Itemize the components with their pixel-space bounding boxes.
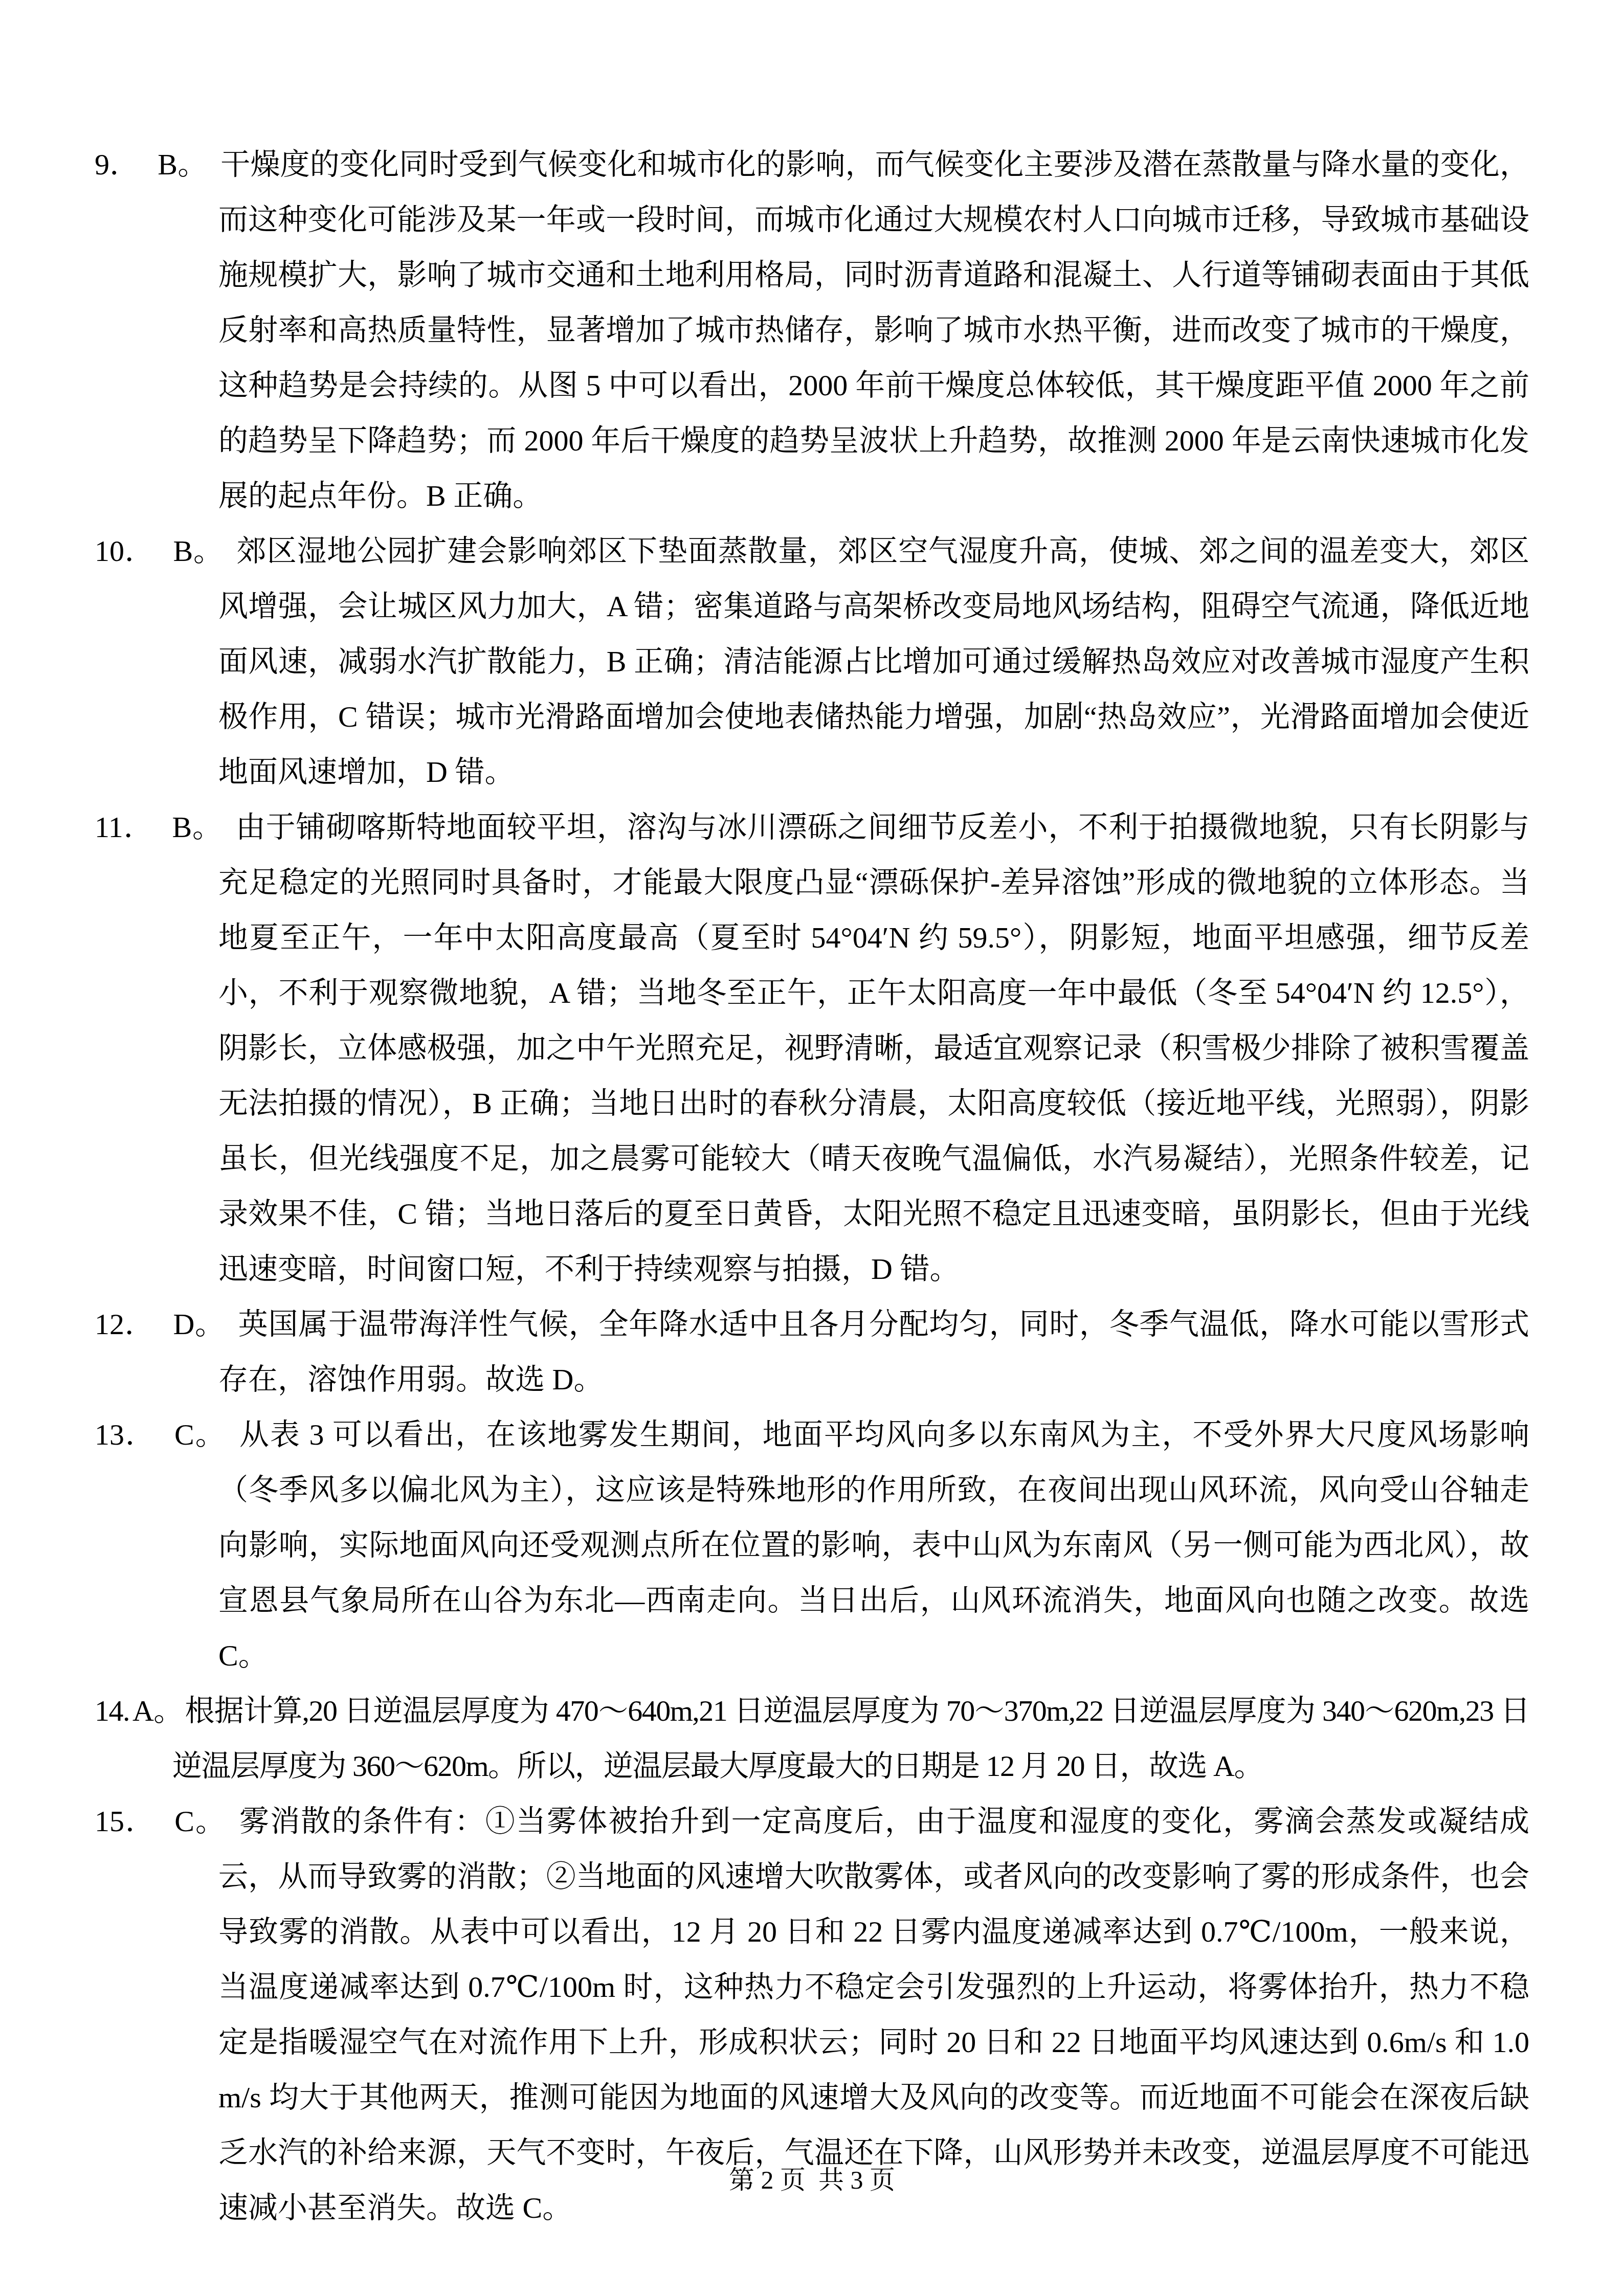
item-explanation: 雾消散的条件有：①当雾体被抬升到一定高度后，由于温度和湿度的变化，雾滴会蒸发或凝…: [218, 1805, 1529, 2224]
item-answer-letter: B。: [172, 811, 223, 844]
item-number: 9．: [95, 148, 139, 181]
answer-item-14: 14.A。根据计算,20 日逆温层厚度为 470～640m,21 日逆温层厚度为…: [95, 1683, 1529, 1794]
answer-item-10: 10．B。郊区湿地公园扩建会影响郊区下垫面蒸散量，郊区空气湿度升高，使城、郊之间…: [95, 524, 1529, 800]
answer-item-9: 9．B。干燥度的变化同时受到气候变化和城市化的影响，而气候变化主要涉及潜在蒸散量…: [95, 137, 1529, 524]
item-explanation: 郊区湿地公园扩建会影响郊区下垫面蒸散量，郊区空气湿度升高，使城、郊之间的温差变大…: [218, 534, 1529, 789]
answer-list: 9．B。干燥度的变化同时受到气候变化和城市化的影响，而气候变化主要涉及潜在蒸散量…: [95, 137, 1529, 2236]
answer-item-13: 13．C。从表 3 可以看出，在该地雾发生期间，地面平均风向多以东南风为主，不受…: [95, 1407, 1529, 1683]
item-explanation: 英国属于温带海洋性气候，全年降水适中且各月分配均匀，同时，冬季气温低，降水可能以…: [218, 1308, 1529, 1396]
item-number: 10．: [95, 534, 155, 568]
item-answer-letter: C。: [174, 1418, 226, 1451]
item-number: 14.: [95, 1694, 129, 1727]
item-number: 15．: [95, 1805, 156, 1838]
item-answer-letter: B。: [173, 534, 224, 568]
item-number: 12．: [95, 1308, 154, 1341]
item-answer-letter: D。: [173, 1308, 225, 1341]
answer-sheet-page: 9．B。干燥度的变化同时受到气候变化和城市化的影响，而气候变化主要涉及潜在蒸散量…: [0, 0, 1624, 2296]
item-answer-letter: B。: [158, 148, 207, 181]
item-number: 13．: [95, 1418, 156, 1451]
answer-item-12: 12．D。英国属于温带海洋性气候，全年降水适中且各月分配均匀，同时，冬季气温低，…: [95, 1297, 1529, 1407]
page-number-footer: 第 2 页 共 3 页: [0, 2164, 1624, 2196]
item-answer-letter: C。: [174, 1805, 226, 1838]
item-explanation: 干燥度的变化同时受到气候变化和城市化的影响，而气候变化主要涉及潜在蒸散量与降水量…: [218, 148, 1529, 512]
item-number: 11．: [95, 811, 154, 844]
item-explanation: 根据计算,20 日逆温层厚度为 470～640m,21 日逆温层厚度为 70～3…: [172, 1694, 1529, 1783]
item-explanation: 从表 3 可以看出，在该地雾发生期间，地面平均风向多以东南风为主，不受外界大尺度…: [218, 1418, 1529, 1672]
answer-item-11: 11．B。由于铺砌喀斯特地面较平坦，溶沟与冰川漂砾之间细节反差小，不利于拍摄微地…: [95, 800, 1529, 1297]
item-explanation: 由于铺砌喀斯特地面较平坦，溶沟与冰川漂砾之间细节反差小，不利于拍摄微地貌，只有长…: [218, 811, 1529, 1286]
item-answer-letter: A。: [132, 1694, 183, 1727]
